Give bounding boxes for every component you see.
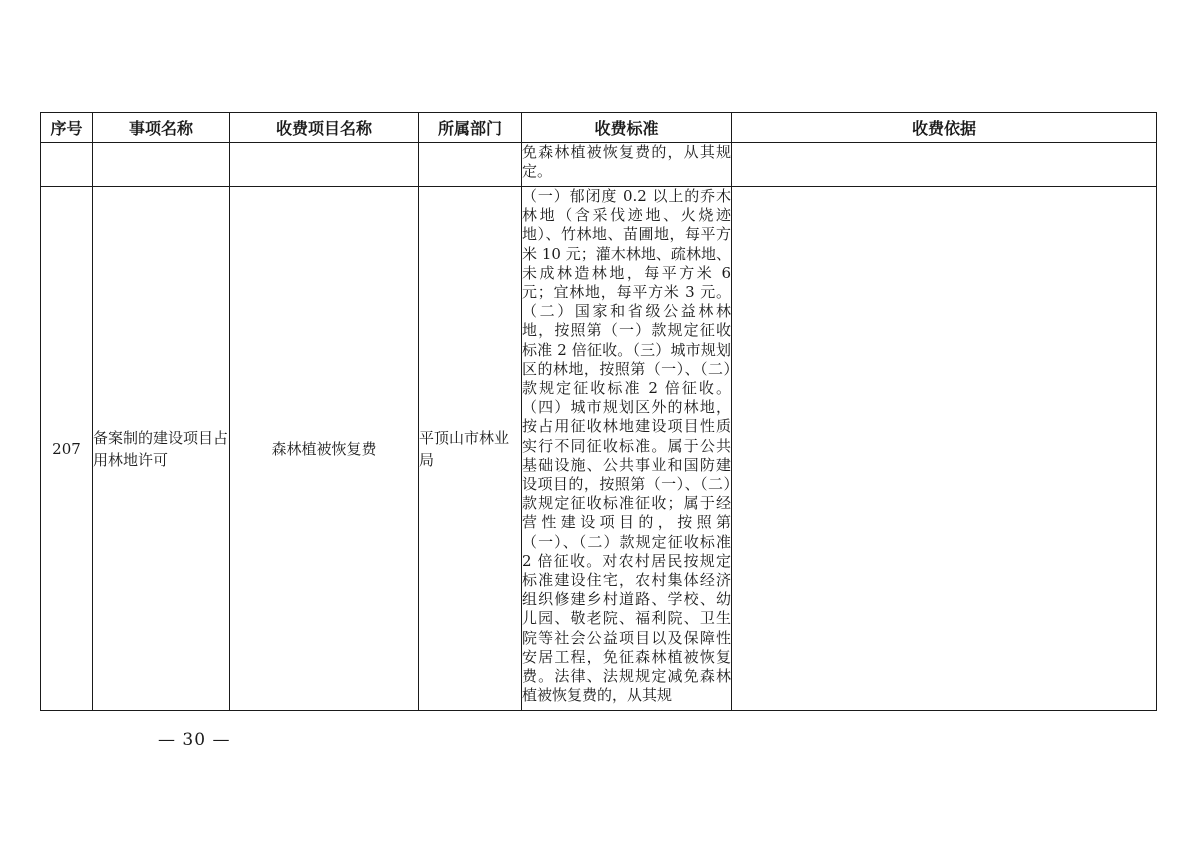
cell-seq: 207 xyxy=(41,187,93,711)
table-row-207: 207 备案制的建设项目占用林地许可 森林植被恢复费 平顶山市林业局 （一）郁闭… xyxy=(41,187,1157,711)
col-header-fee-standard: 收费标准 xyxy=(522,113,732,143)
page-number: — 30 — xyxy=(158,730,230,750)
cell-department: 平顶山市林业局 xyxy=(419,187,522,711)
col-header-fee-project: 收费项目名称 xyxy=(230,113,419,143)
table-header-row: 序号 事项名称 收费项目名称 所属部门 收费标准 收费依据 xyxy=(41,113,1157,143)
cell-fee-project xyxy=(230,143,419,187)
col-header-item-name: 事项名称 xyxy=(93,113,230,143)
cell-fee-standard: （一）郁闭度 0.2 以上的乔木林地（含采伐迹地、火烧迹地）、竹林地、苗圃地，每… xyxy=(522,187,732,711)
cell-item-name: 备案制的建设项目占用林地许可 xyxy=(93,187,230,711)
col-header-seq: 序号 xyxy=(41,113,93,143)
cell-fee-project: 森林植被恢复费 xyxy=(230,187,419,711)
cell-fee-standard: 免森林植被恢复费的，从其规定。 xyxy=(522,143,732,187)
cell-fee-basis xyxy=(732,187,1157,711)
fee-schedule-table: 序号 事项名称 收费项目名称 所属部门 收费标准 收费依据 免森林植被恢复费的，… xyxy=(40,112,1157,711)
cell-seq xyxy=(41,143,93,187)
table-row-continuation: 免森林植被恢复费的，从其规定。 xyxy=(41,143,1157,187)
document-page: 序号 事项名称 收费项目名称 所属部门 收费标准 收费依据 免森林植被恢复费的，… xyxy=(0,0,1200,848)
cell-department xyxy=(419,143,522,187)
col-header-fee-basis: 收费依据 xyxy=(732,113,1157,143)
cell-fee-basis xyxy=(732,143,1157,187)
col-header-department: 所属部门 xyxy=(419,113,522,143)
cell-item-name xyxy=(93,143,230,187)
